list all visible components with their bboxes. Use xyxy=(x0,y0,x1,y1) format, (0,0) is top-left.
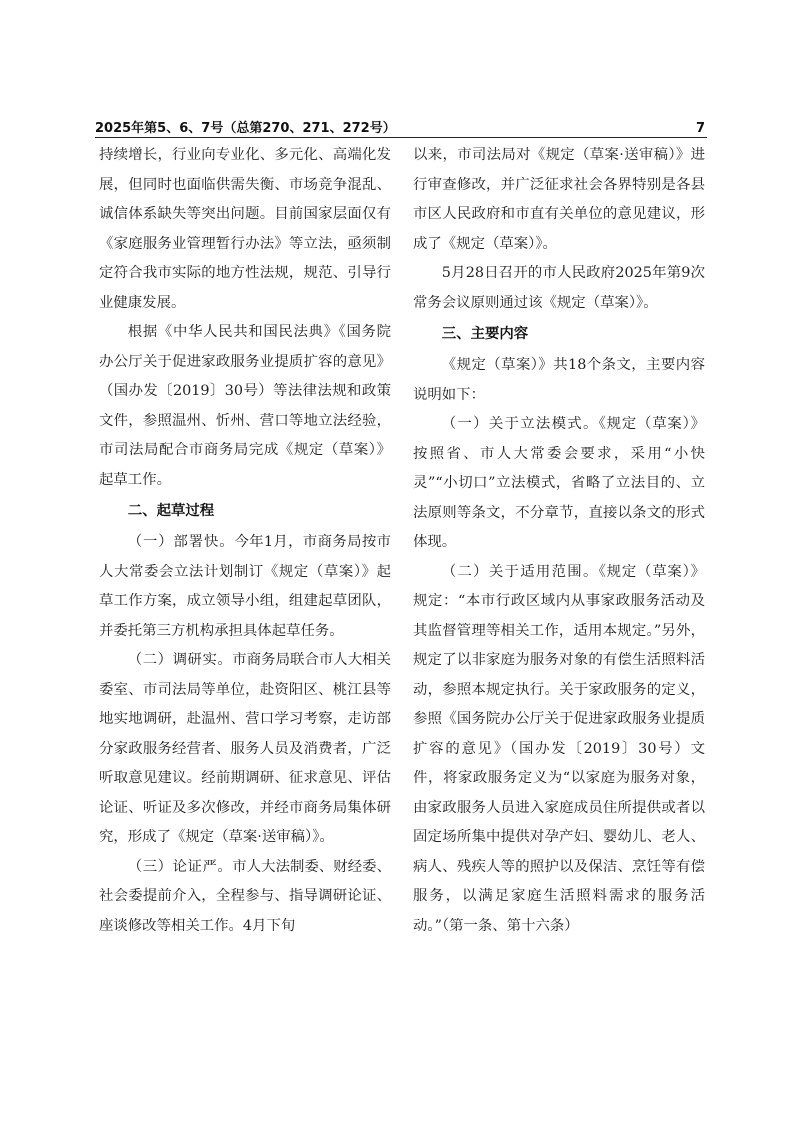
paragraph-approval: 5月28日召开的市人民政府2025年第9次常务会议原则通过该《规定（草案）》。 xyxy=(413,259,705,318)
subsection-lead: （一）关于立法模式。 xyxy=(442,416,599,432)
section-heading-drafting-process: 二、起草过程 xyxy=(99,495,391,528)
paragraph-legislative-mode: （一）关于立法模式。《规定（草案）》按照省、市人大常委会要求，采用“小快灵”“小… xyxy=(413,410,705,558)
paragraph-demonstration: （三）论证严。市人大法制委、财经委、社会委提前介入，全程参与、指导调研论证、座谈… xyxy=(99,853,391,942)
subsection-lead: （二）关于适用范围。 xyxy=(442,564,599,580)
paragraph-body: 《规定（草案）》按照省、市人大常委会要求，采用“小快灵”“小切口”立法模式，省略… xyxy=(413,416,705,550)
paragraph-deployment: （一）部署快。今年1月，市商务局按市人大常委会立法计划制订《规定（草案）》起草工… xyxy=(99,528,391,646)
paragraph-scope: （二）关于适用范围。《规定（草案）》规定：“本市行政区域内从事家政服务活动及其监… xyxy=(413,558,705,942)
page-header: 2025年第5、6、7号（总第270、271、272号） 7 xyxy=(95,118,707,138)
subsection-lead: （三）论证严。 xyxy=(128,859,233,875)
paragraph-research: （二）调研实。市商务局联合市人大相关委室、市司法局等单位，赴资阳区、桃江县等地实… xyxy=(99,646,391,853)
paragraph-legal-basis: 根据《中华人民共和国民法典》《国务院办公厅关于促进家政服务业提质扩容的意见》（国… xyxy=(99,318,391,495)
right-column: 以来，市司法局对《规定（草案·送审稿）》进行审查修改，并广泛征求社会各界特别是各… xyxy=(413,141,705,941)
issue-info: 2025年第5、6、7号（总第270、271、272号） xyxy=(95,120,396,137)
paragraph-industry-problems: 持续增长，行业向专业化、多元化、高端化发展，但同时也面临供需失衡、市场竞争混乱、… xyxy=(99,141,391,318)
paragraph-body: 《规定（草案）》规定：“本市行政区域内从事家政服务活动及其监督管理等相关工作，适… xyxy=(413,564,705,934)
subsection-lead: （二）调研实。 xyxy=(128,652,233,668)
paragraph-body: 市商务局联合市人大相关委室、市司法局等单位，赴资阳区、桃江县等地实地调研，赴温州… xyxy=(99,652,391,845)
paragraph-overview: 《规定（草案）》共18个条文，主要内容说明如下： xyxy=(413,351,705,410)
page-number: 7 xyxy=(696,120,707,137)
left-column: 持续增长，行业向专业化、多元化、高端化发展，但同时也面临供需失衡、市场竞争混乱、… xyxy=(99,141,391,941)
subsection-lead: （一）部署快。 xyxy=(128,534,235,550)
paragraph-review: 以来，市司法局对《规定（草案·送审稿）》进行审查修改，并广泛征求社会各界特别是各… xyxy=(413,141,705,259)
section-heading-main-content: 三、主要内容 xyxy=(413,318,705,351)
